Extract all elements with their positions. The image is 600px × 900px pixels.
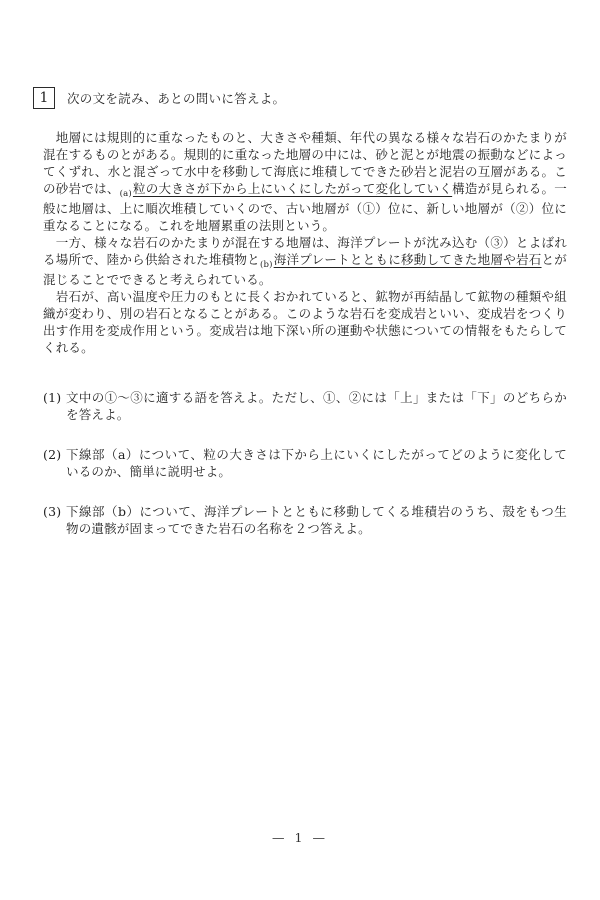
passage-paragraph-2: 一方、様々な岩石のかたまりが混在する地層は、海洋プレートが沈み込む（③）とよばれ… (43, 234, 567, 288)
question-number: 1 (40, 91, 49, 105)
underlined-text-b: 海洋プレートとともに移動してきた地層や岩石 (274, 252, 542, 267)
page-number: — 1 — (0, 830, 600, 845)
passage-paragraph-1: 地層には規則的に重なったものと、大きさや種類、年代の異なる様々な岩石のかたまりが… (43, 129, 567, 234)
underline-label-b: (b) (260, 260, 274, 270)
exam-page: 1 次の文を読み、あとの問いに答えよ。 地層には規則的に重なったものと、大きさや… (0, 0, 600, 900)
question-instruction: 次の文を読み、あとの問いに答えよ。 (67, 89, 285, 107)
question-header: 1 次の文を読み、あとの問いに答えよ。 (33, 87, 566, 109)
question-item-text: 下線部（b）について、海洋プレートとともに移動してくる堆積岩のうち、殻をもつ生物… (66, 503, 567, 537)
underline-label-a: (a) (120, 189, 133, 199)
question-item-text: 文中の①～③に適する語を答えよ。ただし、①、②には「上」または「下」のどちらかを… (66, 389, 567, 423)
question-item-number: (2) (43, 446, 66, 480)
passage: 地層には規則的に重なったものと、大きさや種類、年代の異なる様々な岩石のかたまりが… (43, 129, 567, 356)
underlined-text-a: 粒の大きさが下から上にいくにしたがって変化していく (133, 181, 452, 196)
question-item-text: 下線部（a）について、粒の大きさは下から上にいくにしたがってどのように変化してい… (66, 446, 567, 480)
question-item-3: (3) 下線部（b）について、海洋プレートとともに移動してくる堆積岩のうち、殻を… (43, 503, 567, 537)
question-item-1: (1) 文中の①～③に適する語を答えよ。ただし、①、②には「上」または「下」のど… (43, 389, 567, 423)
question-item-number: (3) (43, 503, 66, 537)
question-list: (1) 文中の①～③に適する語を答えよ。ただし、①、②には「上」または「下」のど… (43, 389, 567, 560)
passage-paragraph-3: 岩石が、高い温度や圧力のもとに長くおかれていると、鉱物が再結晶して鉱物の種類や組… (43, 288, 567, 356)
question-item-2: (2) 下線部（a）について、粒の大きさは下から上にいくにしたがってどのように変… (43, 446, 567, 480)
question-item-number: (1) (43, 389, 66, 423)
question-number-box: 1 (33, 87, 55, 109)
